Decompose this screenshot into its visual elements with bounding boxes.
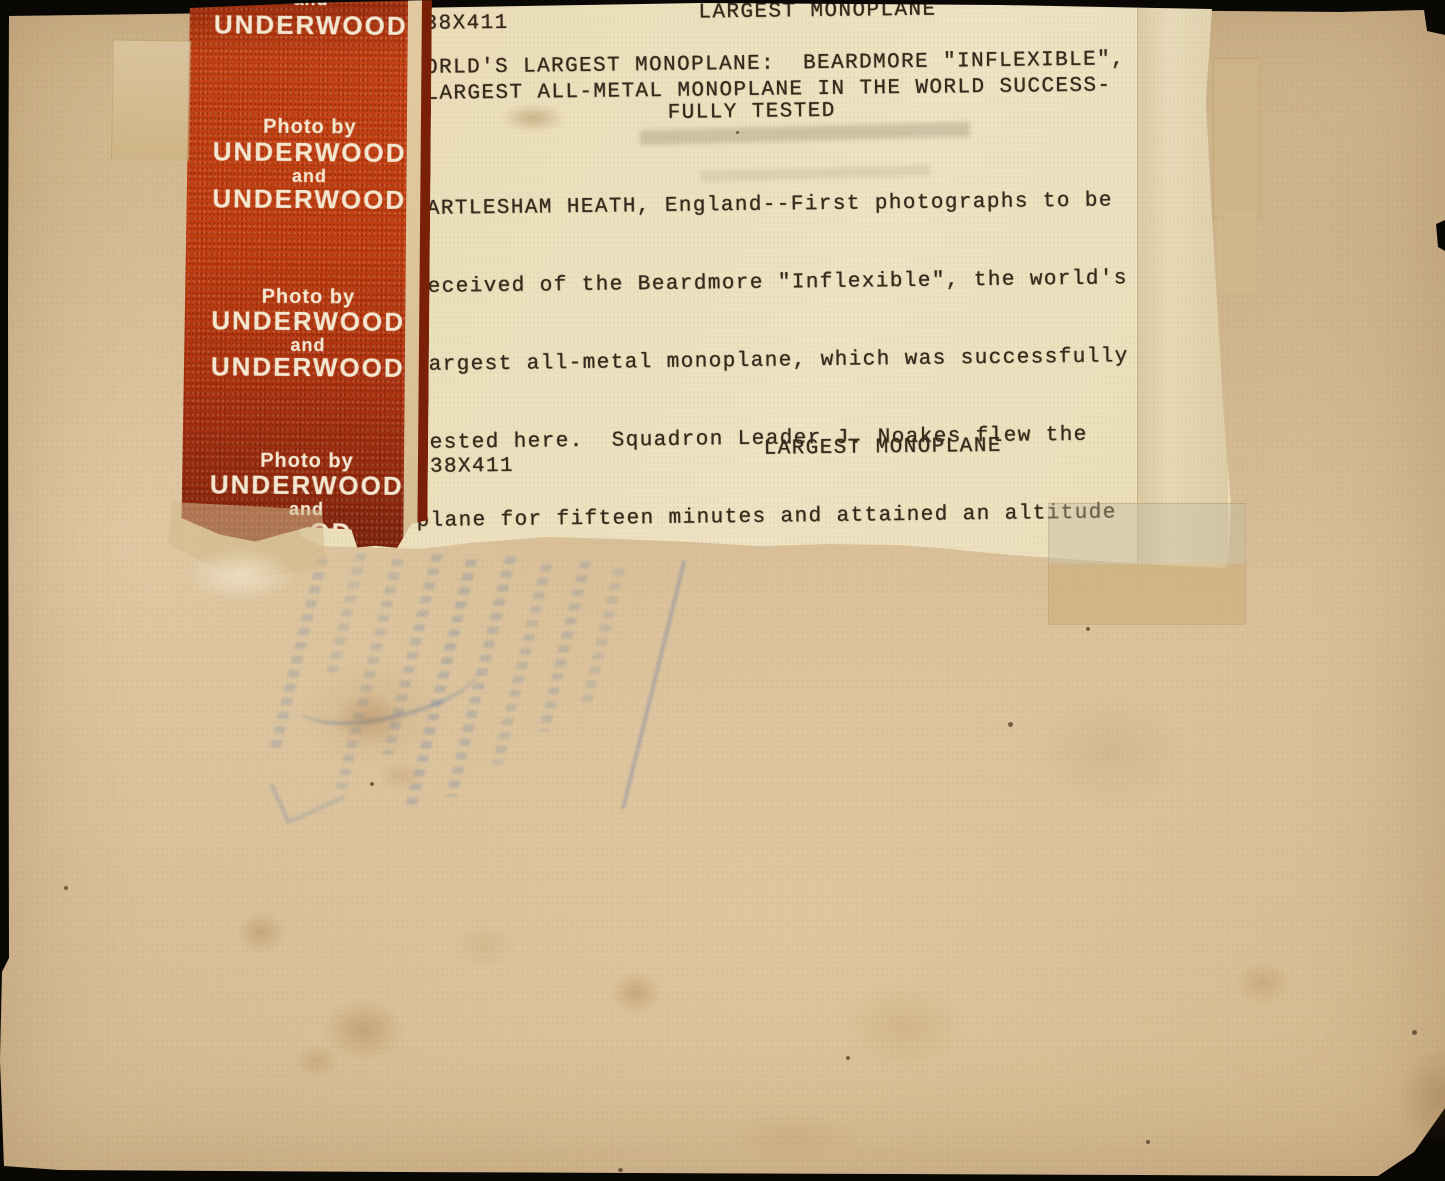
- agency-name-line: UNDERWOOD: [180, 471, 434, 499]
- caption-body-line: largest all-metal monoplane, which was s…: [415, 344, 1157, 379]
- ref-number-bottom: 138X411: [416, 455, 514, 479]
- caption-body-line: MARTLESHAM HEATH, England--First photogr…: [413, 188, 1155, 223]
- stamp-text-streak: [580, 569, 626, 709]
- press-photo-verso: 138X411 LARGEST MONOPLANE WORLD'S LARGES…: [0, 0, 1445, 1181]
- slug-line-bottom: LARGEST MONOPLANE: [764, 435, 1002, 461]
- agency-name-line: UNDERWOOD: [181, 307, 435, 335]
- slug-line-top: LARGEST MONOPLANE: [698, 0, 936, 24]
- caption-body-line: received of the Beardmore "Inflexible", …: [414, 266, 1156, 301]
- underwood-credit-label: and UNDERWOOD Photo by UNDERWOOD and UND…: [179, 0, 432, 552]
- label-title-top: UNDERWOOD: [184, 11, 438, 39]
- agency-name-line: UNDERWOOD: [183, 138, 437, 166]
- caption-body-line: plane for fifteen minutes and attained a…: [416, 500, 1158, 535]
- headline-line-3: FULLY TESTED: [667, 100, 835, 125]
- and-line: and: [179, 499, 433, 519]
- agency-name-line: UNDERWOOD: [182, 185, 436, 213]
- photo-by-line: Photo by: [183, 116, 437, 138]
- agency-name-line: UNDERWOOD: [181, 353, 435, 381]
